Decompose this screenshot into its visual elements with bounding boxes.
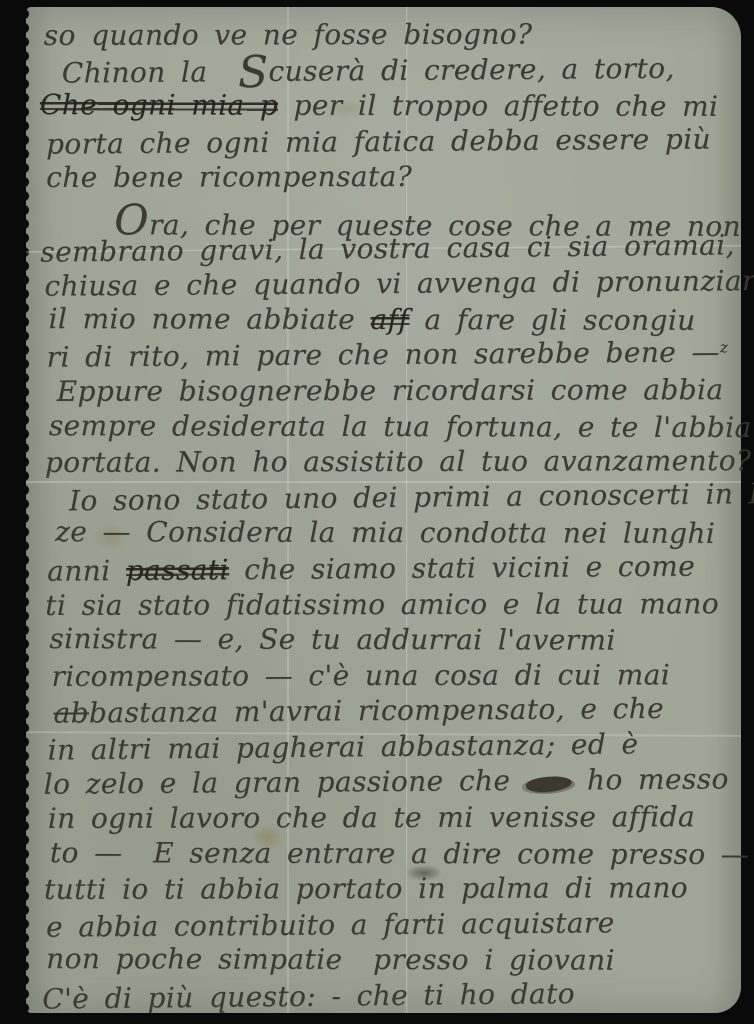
letter-body: so quando ve ne fosse bisogno?Chinon la … (40, 6, 733, 1014)
handwritten-text: in ogni lavoro che da te mi venisse affi… (48, 800, 695, 835)
handwritten-text: C'è di più questo: - che ti ho dato (42, 977, 575, 1016)
letter-line: sempre desiderata la tua fortuna, e te l… (41, 409, 731, 446)
handwritten-text: a fare gli scongiu (409, 303, 696, 337)
handwritten-text: Eppure bisognerebbe ricordarsi come abbi… (57, 373, 724, 408)
struck-text: aff (370, 303, 409, 336)
letter-line: so quando ve ne fosse bisogno? (40, 17, 730, 54)
letter-line: ricompensato — c'è una cosa di cui mai (41, 658, 731, 695)
letter-line: sinistra — e, Se tu addurrai l'avermi (41, 622, 731, 659)
letter-line: to — E senza entrare a dire come presso … (42, 836, 732, 873)
letter-line: ze — Considera la mia condotta nei lungh… (41, 515, 731, 552)
letter-line: Che ogni mia p per il troppo affetto che… (40, 88, 730, 125)
letter-line: Ora, che per queste cose che a me non (40, 195, 730, 232)
letter-line: Chinon la Scuserà di credere, a torto, (40, 51, 730, 92)
handwritten-text: bastanza m'avrai ricompensato, e che (89, 692, 664, 730)
letter-line: tutti io ti abbia portato in palma di ma… (42, 871, 732, 908)
handwritten-text: tutti io ti abbia portato in palma di ma… (44, 871, 688, 906)
letter-line: Io sono stato uno dei primi a conoscerti… (41, 477, 731, 520)
letter-line: non poche simpatie presso i giovani (42, 943, 732, 980)
handwritten-text: to — E senza entrare a dire come presso … (50, 836, 749, 871)
struck-text: passati (126, 553, 229, 587)
letter-line: chiusa e che quando vi avvenga di pronun… (40, 264, 730, 305)
handwritten-text: ho messo (572, 763, 729, 797)
letter-line: abbastanza m'avrai ricompensato, e che (41, 692, 731, 733)
handwritten-text: so quando ve ne fosse bisogno? (44, 18, 533, 52)
handwritten-text: non poche simpatie presso i giovani (46, 943, 615, 977)
struck-text: ab (53, 697, 89, 730)
letter-line: C'è di più questo: - che ti ho dato (42, 975, 732, 1018)
handwritten-text: lo zelo e la gran passione che (44, 764, 526, 801)
handwritten-text: ti sia stato fidatissimo amico e la tua … (45, 587, 719, 622)
letter-line: ti sia stato fidatissimo amico e la tua … (41, 587, 731, 624)
handwritten-text: ze — Considera la mia condotta nei lungh… (55, 515, 715, 550)
struck-text: Che ogni mia p (40, 88, 278, 122)
handwritten-text: Io sono stato uno dei primi a conoscerti… (69, 476, 754, 517)
handwritten-text: chiusa e che quando vi avvenga di pronun… (44, 264, 754, 303)
letter-paper: so quando ve ne fosse bisogno?Chinon la … (26, 7, 741, 1013)
letter-line: che bene ricompensata? (40, 159, 730, 196)
letter-line: lo zelo e la gran passione che ho messo (42, 763, 732, 804)
handwritten-text: ricompensato — c'è una cosa di cui mai (51, 658, 670, 693)
scanned-letter-page: so quando ve ne fosse bisogno?Chinon la … (0, 0, 754, 1024)
letter-line: ri di rito, mi pare che non sarebbe bene… (40, 336, 730, 377)
handwritten-text: in altri mai pagherai abbastanza; ed è (47, 727, 638, 766)
handwritten-text: per il troppo affetto che mi (278, 89, 718, 123)
ink-blot (525, 775, 572, 795)
letter-line: Eppure bisognerebbe ricordarsi come abbi… (41, 373, 731, 410)
letter-line: il mio nome abbiate aff a fare gli scong… (40, 302, 730, 339)
torn-edge (24, 7, 35, 1013)
handwritten-text: il mio nome abbiate (48, 302, 370, 336)
handwritten-text: Chinon la (62, 55, 238, 89)
handwritten-text: porta che ogni mia fatica debba essere p… (46, 122, 711, 160)
handwritten-text: sembrano gravi, la vostra casa ci sia or… (40, 228, 735, 268)
handwritten-text: cuserà di credere, a torto, (268, 51, 674, 87)
handwritten-text: sinistra — e, Se tu addurrai l'avermi (49, 622, 615, 656)
handwritten-text: anni (47, 554, 126, 588)
handwritten-text: e abbia contribuito a farti acquistare (46, 906, 615, 943)
handwritten-text: sempre desiderata la tua fortuna, e te l… (49, 409, 752, 444)
handwritten-text: ri di rito, mi pare che non sarebbe bene… (46, 336, 720, 374)
letter-line: in ogni lavoro che da te mi venisse affi… (42, 800, 732, 837)
letter-line: anni passati che siamo stati vicini e co… (41, 549, 731, 590)
handwritten-text: che siamo stati vicini e come (229, 549, 696, 586)
handwritten-text: z (720, 339, 728, 357)
letter-line: porta che ogni mia fatica debba essere p… (40, 122, 730, 163)
handwritten-text: che bene ricompensata? (46, 160, 412, 194)
letter-line: e abbia contribuito a farti acquistare (42, 905, 732, 946)
letter-line: portata. Non ho assistito al tuo avanzam… (41, 444, 731, 481)
handwritten-text: portata. Non ho assistito al tuo avanzam… (45, 444, 752, 479)
